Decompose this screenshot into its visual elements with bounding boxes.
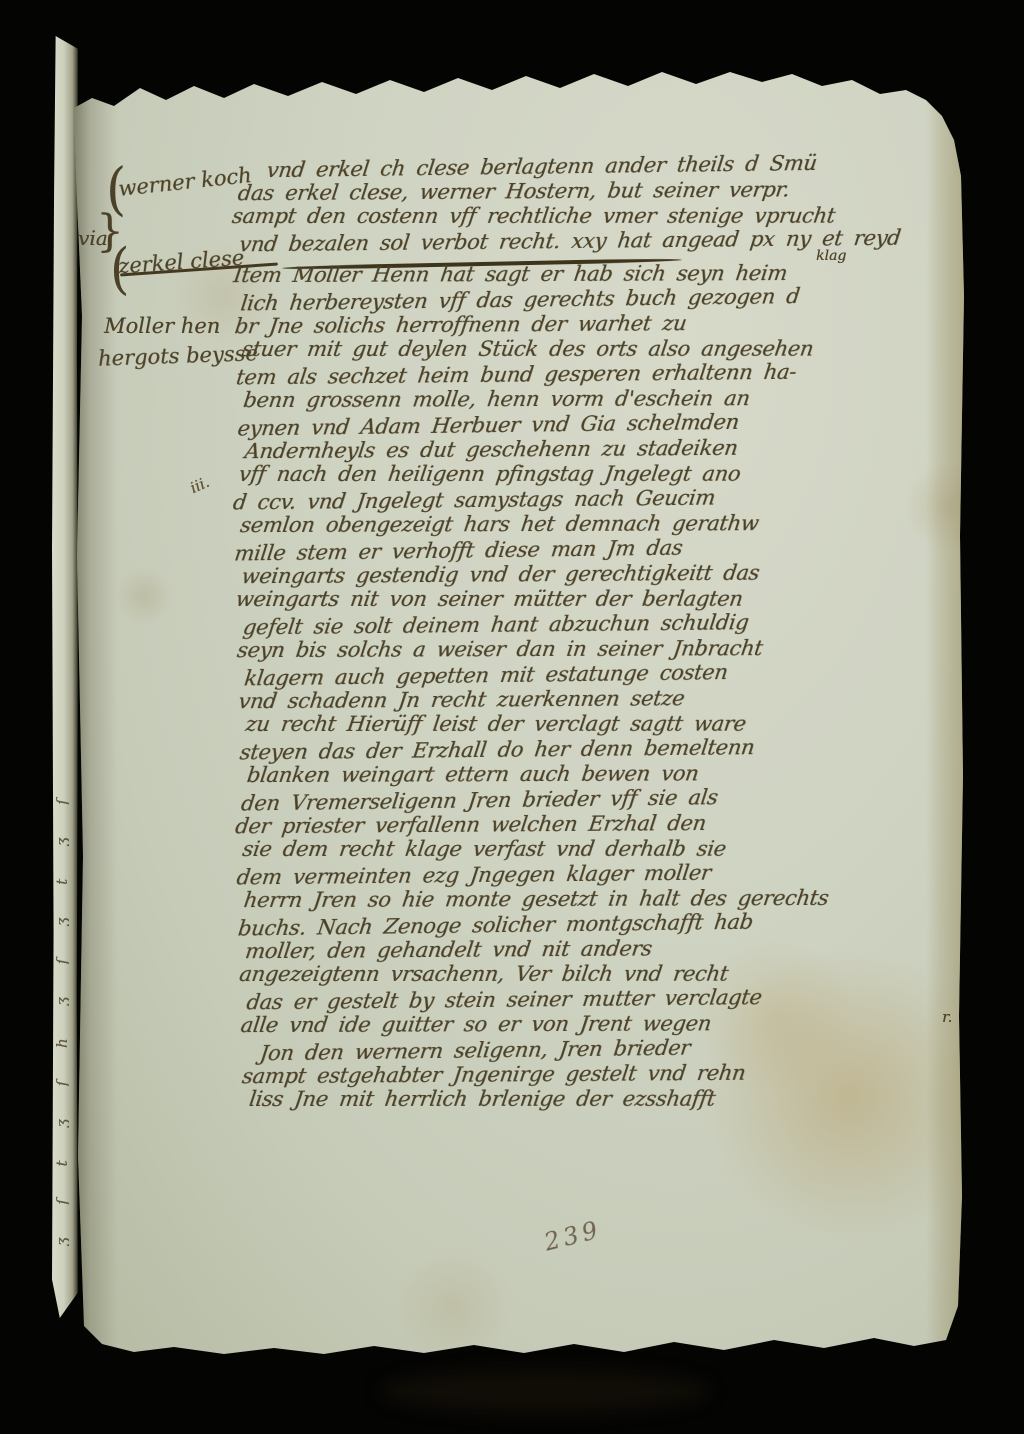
- manuscript-line: zu recht Hierüff leist der verclagt sagt…: [244, 712, 952, 737]
- manuscript-line: stuer mit gut deylen Stück des orts also…: [240, 337, 949, 362]
- manuscript-line: weingarts gestendig vnd der gerechtigkei…: [240, 559, 951, 589]
- manuscript-line: sampt estgehabter Jngenirge gestelt vnd …: [240, 1059, 954, 1089]
- manuscript-line: vnd schadenn Jn recht zuerkennen setze: [237, 684, 952, 714]
- manuscript-line: moller, den gehandelt vnd nit anders: [244, 934, 954, 964]
- manuscript-line: sampt den costenn vff rechtliche vmer st…: [230, 204, 948, 230]
- manuscript-line: br Jne solichs herroffnenn der warhet zu: [233, 309, 949, 339]
- manuscript-page: ( } ( werner koch via zerkel clese Molle…: [74, 56, 964, 1366]
- underlying-page-edge: ʒ ſ t ʒ ſ h ʒ ſ ʒ t ʒ ſ: [52, 36, 78, 1318]
- manuscript-line: angezeigtenn vrsachenn, Ver bilch vnd re…: [238, 962, 954, 988]
- manuscript-line: vnd bezalen sol verbot recht. xxy hat an…: [238, 225, 949, 257]
- manuscript-line: Andernheyls es dut geschehenn zu stadeik…: [243, 434, 950, 464]
- manuscript-line: vff nach den heiligenn pfingstag Jngeleg…: [237, 462, 950, 487]
- binding-shadow: [380, 1368, 710, 1414]
- margin-note-moller-line1: Moller hen: [104, 314, 220, 338]
- manuscript-photo: ʒ ſ t ʒ ſ h ʒ ſ ʒ t ʒ ſ ( } ( werner koc…: [0, 0, 1024, 1434]
- manuscript-line: liss Jne mit herrlich brlenige der ezssh…: [248, 1087, 955, 1112]
- edge-ink-fragments: ʒ ſ t ʒ ſ h ʒ ſ ʒ t ʒ ſ: [53, 146, 69, 1246]
- manuscript-lines: vnd erkel ch clese berlagtenn ander thei…: [231, 152, 954, 1115]
- manuscript-line: weingarts nit von seiner mütter der berl…: [234, 587, 951, 613]
- margin-note-via: via: [78, 226, 108, 250]
- manuscript-line: das erkel clese, werner Hostern, but sei…: [236, 176, 948, 206]
- manuscript-line: der priester verfallenn welchen Erzhal d…: [234, 809, 953, 839]
- marginal-item-mark: iii.: [187, 473, 212, 497]
- folio-number: 239: [541, 1215, 604, 1256]
- manuscript-line: sie dem recht klage verfast vnd derhalb …: [241, 837, 953, 862]
